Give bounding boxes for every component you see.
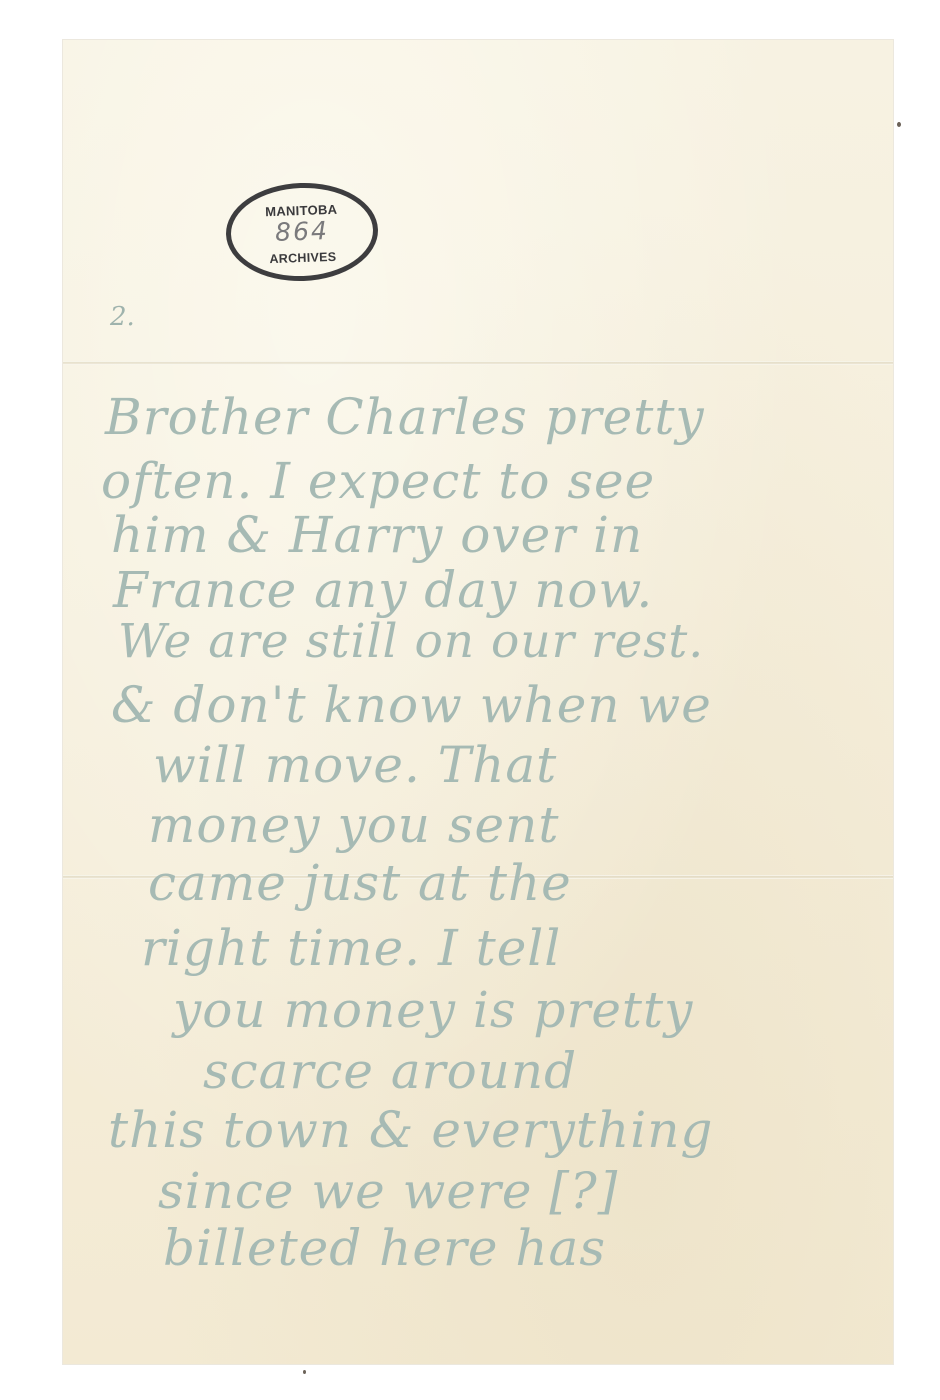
- handwritten-line: Brother Charles pretty: [105, 392, 705, 442]
- handwritten-line: We are still on our rest.: [118, 618, 704, 665]
- paper-speck: [897, 122, 901, 127]
- handwritten-line: you money is pretty: [173, 985, 693, 1035]
- handwritten-line: will move. That: [153, 740, 557, 790]
- handwritten-line: him & Harry over in: [111, 510, 643, 560]
- handwritten-line: & don't know when we: [111, 680, 712, 730]
- letter-body: Brother Charles prettyoften. I expect to…: [63, 40, 893, 1364]
- handwritten-line: this town & everything: [108, 1105, 713, 1155]
- handwritten-line: France any day now.: [113, 565, 653, 615]
- handwritten-line: scarce around: [203, 1046, 577, 1096]
- handwritten-line: came just at the: [148, 858, 572, 908]
- handwritten-line: billeted here has: [163, 1223, 606, 1273]
- letter-paper: MANITOBA 864 ARCHIVES 2. Brother Charles…: [63, 40, 893, 1364]
- paper-speck: [303, 1370, 306, 1374]
- handwritten-line: since we were [?]: [158, 1166, 618, 1216]
- handwritten-line: money you sent: [148, 800, 559, 850]
- handwritten-line: right time. I tell: [141, 923, 561, 973]
- handwritten-line: often. I expect to see: [101, 456, 655, 506]
